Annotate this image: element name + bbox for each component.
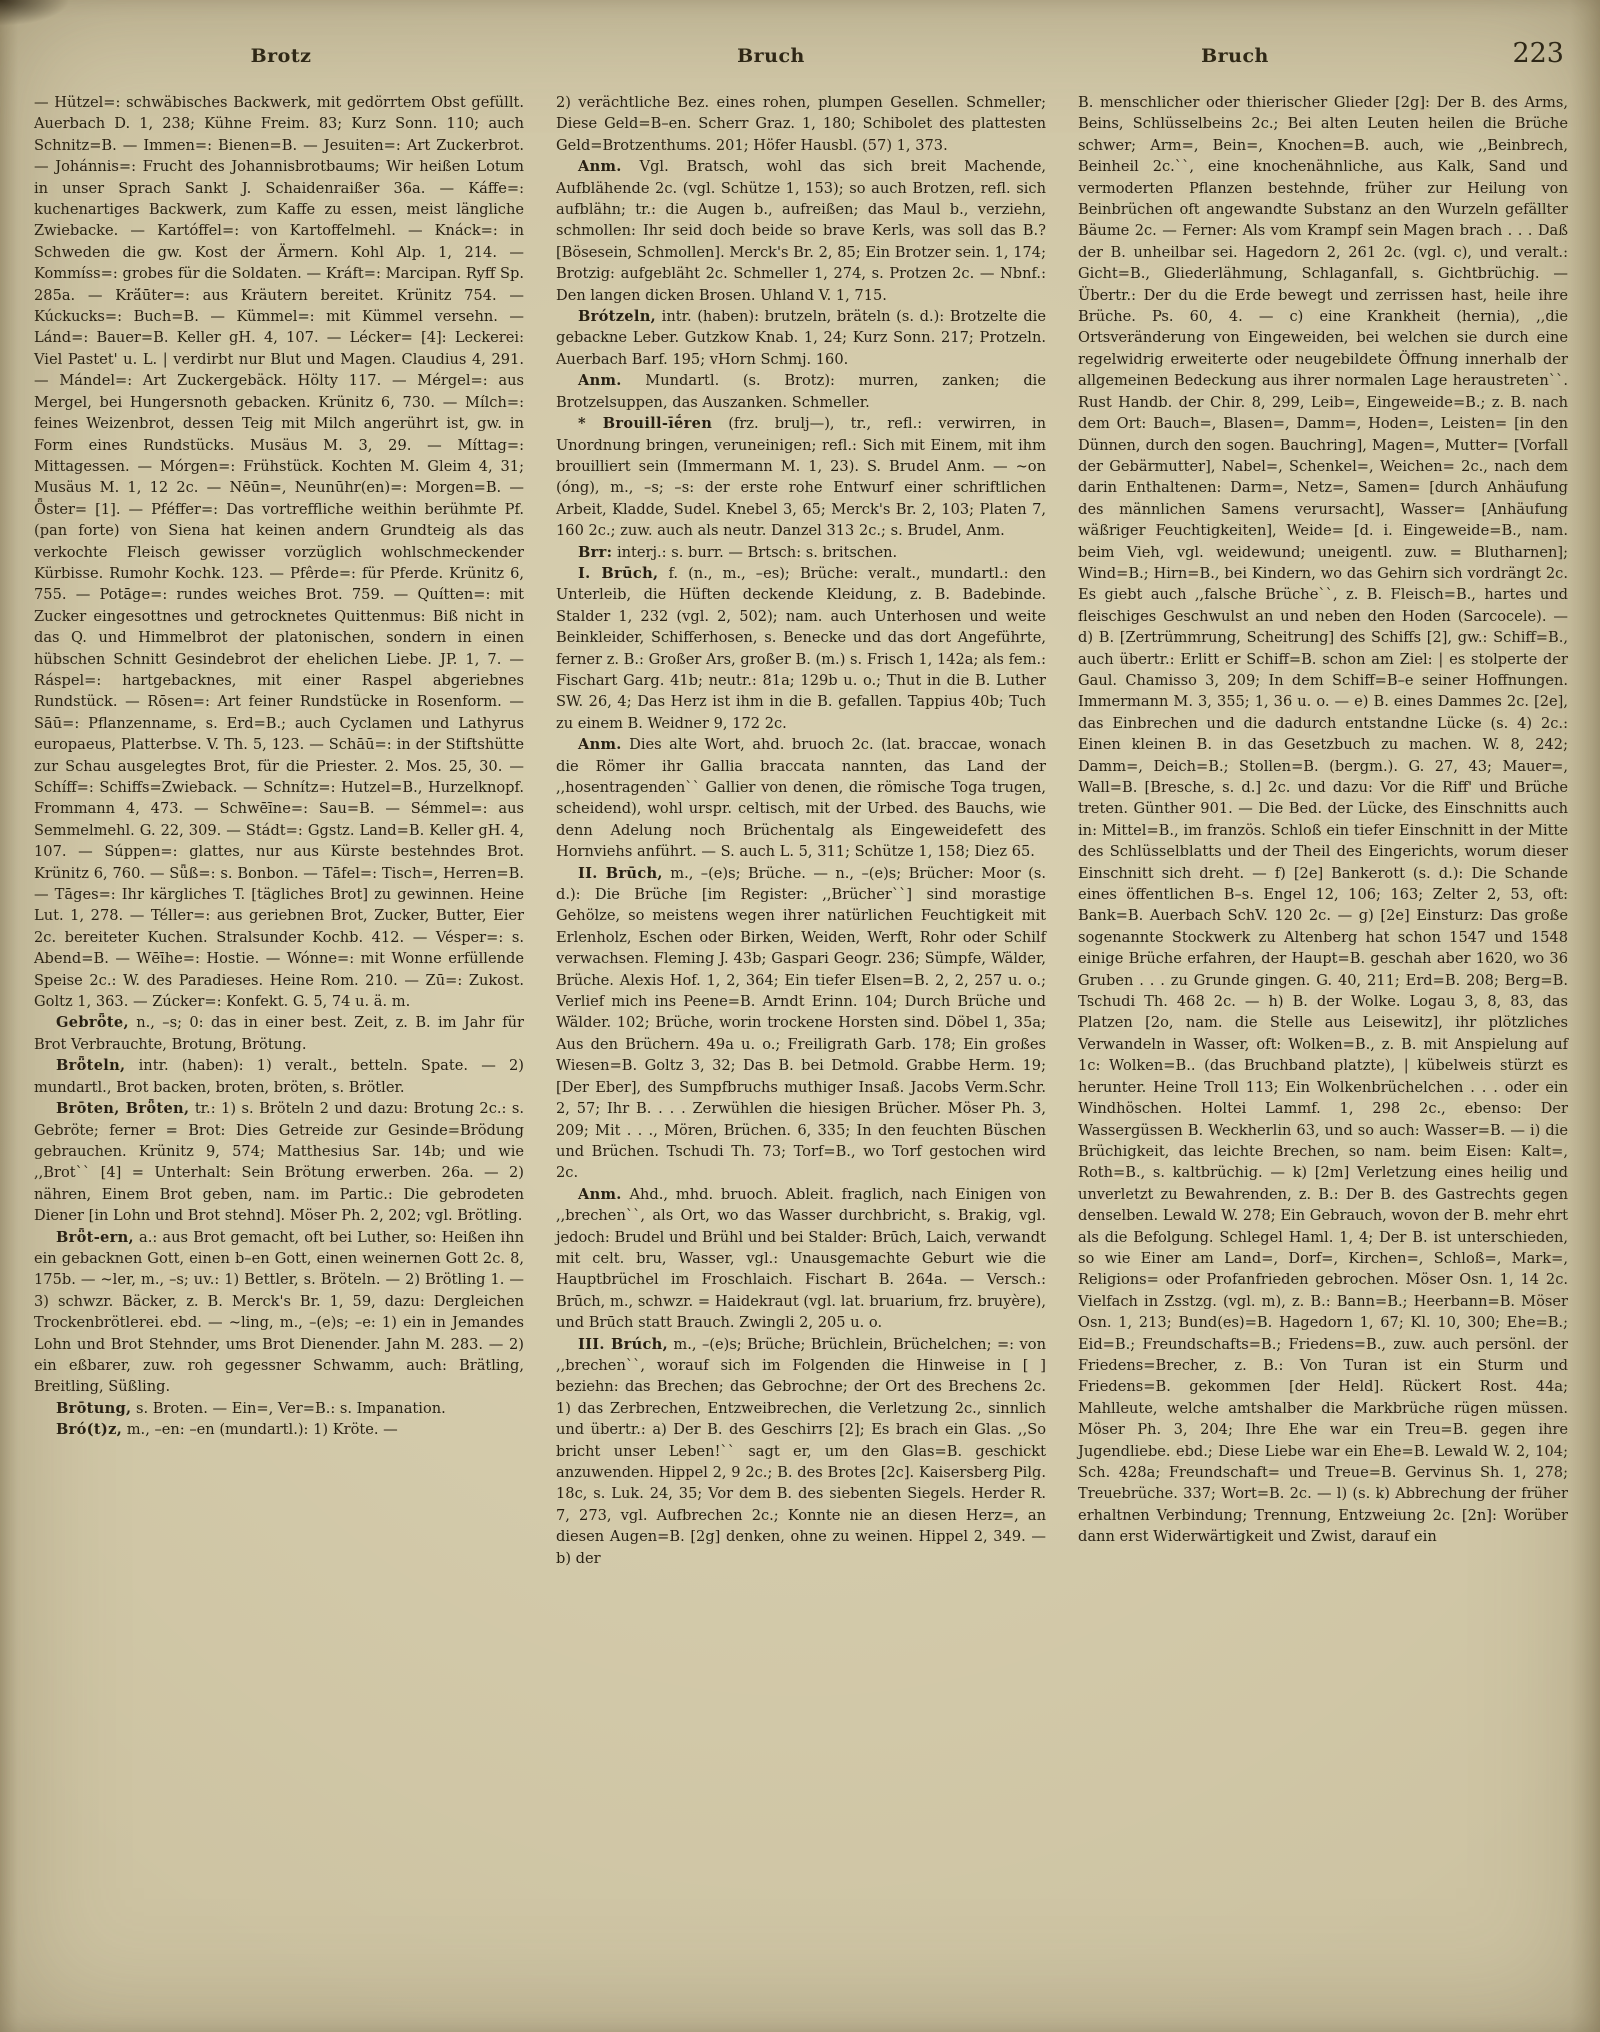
paragraph-text: f. (n., m., –es); Brüche: veralt., munda… — [556, 565, 1046, 732]
text-column-3: B. menschlicher oder thierischer Glieder… — [1078, 92, 1568, 2032]
paragraph-text: — Hützel=: schwäbisches Backwerk, mit ge… — [34, 94, 524, 1010]
paragraph-text: B. menschlicher oder thierischer Glieder… — [1078, 94, 1568, 1545]
entry-headword: Brōtung, — [56, 1400, 131, 1417]
entry-headword: * Brouill-īḗren — [578, 415, 712, 432]
paragraph-text: m., –(e)s; Brüche. — n., –(e)s; Brücher:… — [556, 865, 1046, 1182]
paragraph: Brōtung, s. Broten. — Ein=, Ver=B.: s. I… — [34, 1398, 524, 1419]
entry-headword: I. Brūch, — [578, 565, 658, 582]
paragraph: Anm. Vgl. Bratsch, wohl das sich breit M… — [556, 156, 1046, 306]
paragraph: III. Brúch, m., –(e)s; Brüche; Brüchlein… — [556, 1334, 1046, 1569]
paragraph-text: m., –(e)s; Brüche; Brüchlein, Brüchelche… — [556, 1336, 1046, 1567]
entry-headword: Brȫt-ern, — [56, 1229, 134, 1246]
paragraph-text: Vgl. Bratsch, wohl das sich breit Machen… — [556, 158, 1046, 303]
paragraph-text: s. Broten. — Ein=, Ver=B.: s. Impanation… — [131, 1400, 445, 1417]
entry-headword: II. Brūch, — [578, 865, 663, 882]
running-head-right: Bruch — [1016, 45, 1454, 67]
text-column-2: 2) verächtliche Bez. eines rohen, plumpe… — [556, 92, 1046, 2032]
paragraph: Anm. Dies alte Wort, ahd. bruoch 2c. (la… — [556, 734, 1046, 862]
paragraph-text: 2) verächtliche Bez. eines rohen, plumpe… — [556, 94, 1046, 154]
entry-headword: Anm. — [578, 158, 622, 175]
paragraph: I. Brūch, f. (n., m., –es); Brüche: vera… — [556, 563, 1046, 734]
page-body: — Hützel=: schwäbisches Backwerk, mit ge… — [34, 92, 1566, 2032]
entry-headword: Brōten, Brȫten, — [56, 1100, 189, 1117]
paragraph: * Brouill-īḗren (frz. brulj—), tr., refl… — [556, 413, 1046, 541]
paragraph-text: Mundartl. (s. Brotz): murren, zanken; di… — [556, 372, 1046, 410]
paragraph: Anm. Mundartl. (s. Brotz): murren, zanke… — [556, 370, 1046, 413]
paragraph: Gebrȫte, n., –s; 0: das in einer best. Z… — [34, 1012, 524, 1055]
paragraph-text: (frz. brulj—), tr., refl.: verwirren, in… — [556, 415, 1046, 539]
text-column-1: — Hützel=: schwäbisches Backwerk, mit ge… — [34, 92, 524, 2032]
paragraph: — Hützel=: schwäbisches Backwerk, mit ge… — [34, 92, 524, 1012]
paragraph: Bró(t)z, m., –en: –en (mundartl.): 1) Kr… — [34, 1419, 524, 1440]
paragraph-text: a.: aus Brot gemacht, oft bei Luther, so… — [34, 1229, 524, 1396]
scan-corner-smudge — [0, 0, 70, 26]
paragraph: II. Brūch, m., –(e)s; Brüche. — n., –(e)… — [556, 863, 1046, 1184]
paragraph-text: tr.: 1) s. Bröteln 2 und dazu: Brotung 2… — [34, 1100, 524, 1224]
entry-headword: Brȫteln, — [56, 1057, 125, 1074]
paragraph: Brȫt-ern, a.: aus Brot gemacht, oft bei … — [34, 1227, 524, 1398]
paragraph-text: m., –en: –en (mundartl.): 1) Kröte. — — [122, 1421, 398, 1438]
paragraph: Brr: interj.: s. burr. — Brtsch: s. brit… — [556, 542, 1046, 563]
paragraph: Brōten, Brȫten, tr.: 1) s. Bröteln 2 und… — [34, 1098, 524, 1226]
entry-headword: Gebrȫte, — [56, 1014, 129, 1031]
paragraph-text: Dies alte Wort, ahd. bruoch 2c. (lat. br… — [556, 736, 1046, 860]
entry-headword: III. Brúch, — [578, 1336, 668, 1353]
paragraph: B. menschlicher oder thierischer Glieder… — [1078, 92, 1568, 1548]
page-number: 223 — [1454, 38, 1564, 69]
dictionary-page: Brotz Bruch Bruch 223 — Hützel=: schwäbi… — [0, 0, 1600, 2032]
running-head-center: Bruch — [526, 45, 1016, 67]
running-header: Brotz Bruch Bruch 223 — [36, 38, 1564, 72]
entry-headword: Anm. — [578, 372, 622, 389]
paragraph: Brótzeln, intr. (haben): brutzeln, bräte… — [556, 306, 1046, 370]
entry-headword: Brótzeln, — [578, 308, 656, 325]
paragraph: 2) verächtliche Bez. eines rohen, plumpe… — [556, 92, 1046, 156]
running-head-left: Brotz — [36, 45, 526, 67]
entry-headword: Brr: — [578, 544, 612, 561]
entry-headword: Anm. — [578, 736, 622, 753]
paragraph: Anm. Ahd., mhd. bruoch. Ableit. fraglich… — [556, 1184, 1046, 1334]
entry-headword: Anm. — [578, 1186, 622, 1203]
paragraph-text: Ahd., mhd. bruoch. Ableit. fraglich, nac… — [556, 1186, 1046, 1331]
entry-headword: Bró(t)z, — [56, 1421, 122, 1438]
paragraph-text: interj.: s. burr. — Brtsch: s. britschen… — [612, 544, 897, 561]
paragraph: Brȫteln, intr. (haben): 1) veralt., bett… — [34, 1055, 524, 1098]
